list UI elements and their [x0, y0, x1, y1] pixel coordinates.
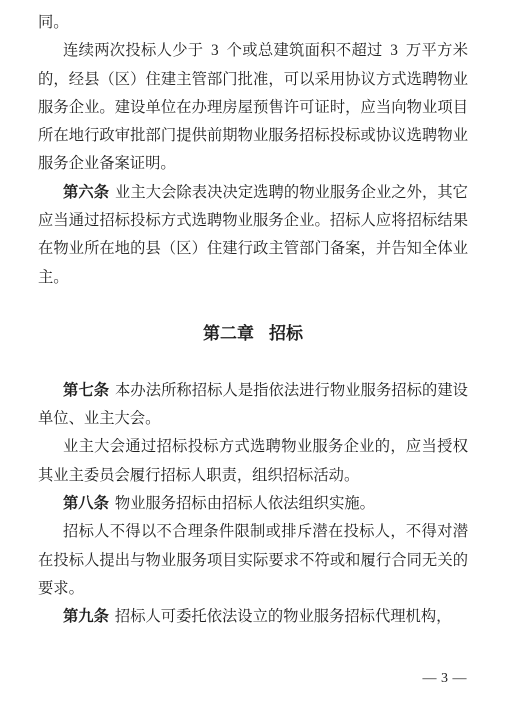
paragraph: 业主大会通过招标投标方式选聘物业服务企业的，应当授权其业主委员会履行招标人职责，…: [38, 433, 468, 490]
chapter-number: 第二章: [203, 324, 254, 343]
chapter-heading: 第二章招标: [38, 320, 468, 348]
document-page: 同。 连续两次投标人少于 3 个或总建筑面积不超过 3 万平方米的，经县（区）住…: [0, 0, 506, 701]
paragraph: 招标人不得以不合理条件限制或排斥潜在投标人，不得对潜在投标人提出与物业服务项目实…: [38, 518, 468, 603]
paragraph: 第九条招标人可委托依法设立的物业服务招标代理机构，: [38, 603, 468, 631]
article-number: 第六条: [63, 184, 109, 201]
paragraph-text: 同。: [38, 14, 69, 31]
article-number: 第八条: [63, 495, 109, 512]
paragraph: 连续两次投标人少于 3 个或总建筑面积不超过 3 万平方米的，经县（区）住建主管…: [38, 37, 468, 178]
paragraph: 第六条业主大会除表决决定选聘的物业服务企业之外，其它应当通过招标投标方式选聘物业…: [38, 179, 468, 292]
article-number: 第九条: [63, 608, 109, 625]
paragraph-text: 业主大会通过招标投标方式选聘物业服务企业的，应当授权其业主委员会履行招标人职责，…: [38, 438, 468, 483]
page-number: — 3 —: [423, 670, 468, 688]
article-number: 第七条: [63, 382, 109, 399]
paragraph-text: 物业服务招标由招标人依法组织实施。: [115, 495, 375, 512]
paragraph: 同。: [38, 9, 468, 37]
paragraph-text: 连续两次投标人少于 3 个或总建筑面积不超过 3 万平方米的，经县（区）住建主管…: [38, 42, 468, 172]
document-body: 同。 连续两次投标人少于 3 个或总建筑面积不超过 3 万平方米的，经县（区）住…: [38, 9, 468, 632]
paragraph: 第七条本办法所称招标人是指依法进行物业服务招标的建设单位、业主大会。: [38, 377, 468, 434]
paragraph-text: 招标人不得以不合理条件限制或排斥潜在投标人，不得对潜在投标人提出与物业服务项目实…: [38, 523, 468, 597]
paragraph: 第八条物业服务招标由招标人依法组织实施。: [38, 490, 468, 518]
chapter-title: 招标: [269, 324, 303, 343]
paragraph-text: 招标人可委托依法设立的物业服务招标代理机构，: [115, 608, 452, 625]
